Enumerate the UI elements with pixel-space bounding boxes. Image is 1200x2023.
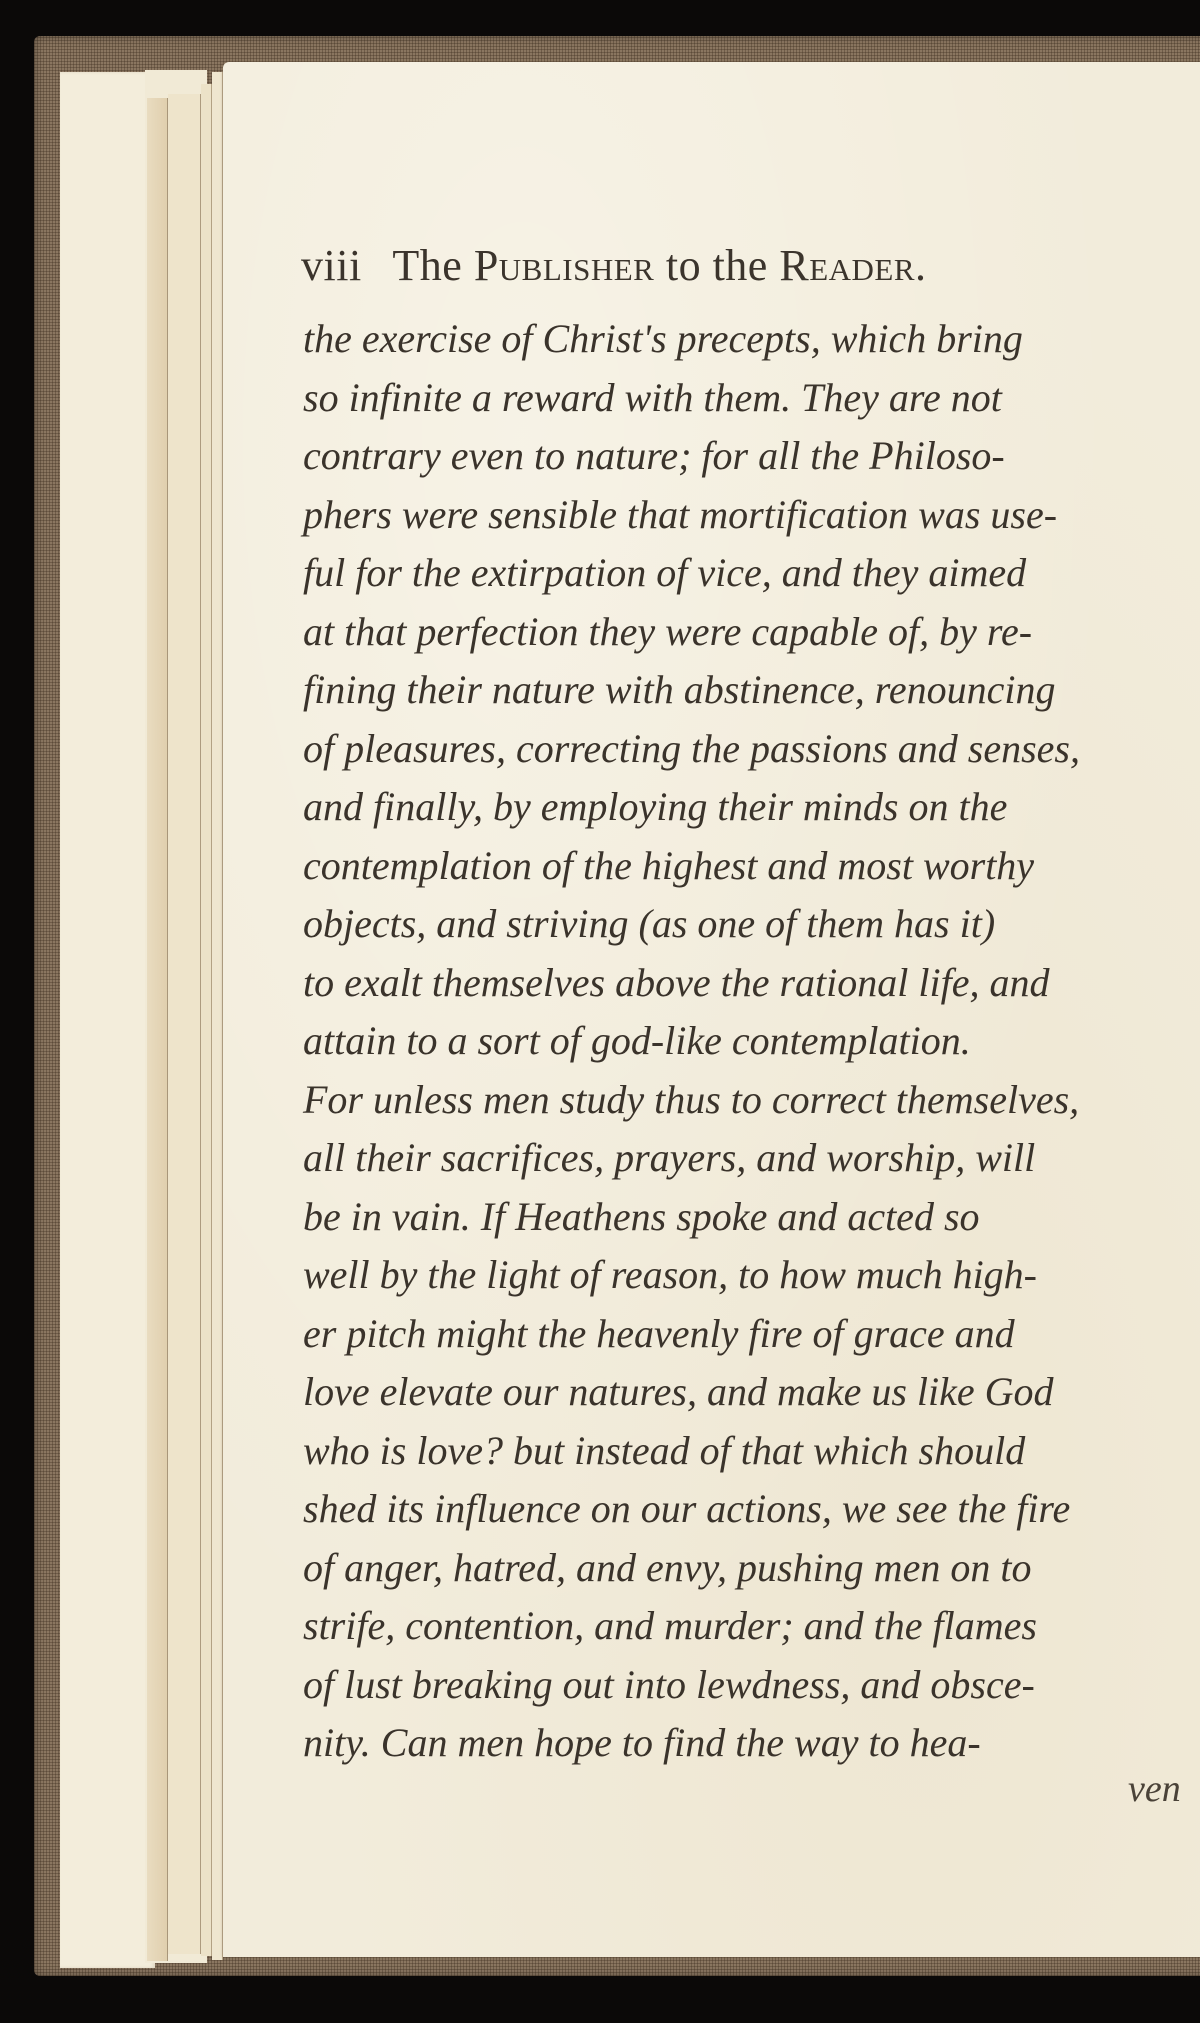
text-line: contemplation of the highest and most wo…	[303, 837, 1200, 896]
text-line: of lust breaking out into lewdness, and …	[303, 1656, 1200, 1715]
page-stack-edge	[201, 84, 212, 1956]
text-line: all their sacrifices, prayers, and worsh…	[303, 1129, 1200, 1188]
text-line: fining their nature with abstinence, ren…	[303, 661, 1200, 720]
text-line: For unless men study thus to correct the…	[303, 1071, 1200, 1130]
text-line: who is love? but instead of that which s…	[303, 1422, 1200, 1481]
text-line: and finally, by employing their minds on…	[303, 778, 1200, 837]
text-line: the exercise of Christ's precepts, which…	[303, 310, 1200, 369]
page-stack-edge	[147, 98, 168, 1961]
text-line: shed its influence on our actions, we se…	[303, 1480, 1200, 1539]
text-line: nity. Can men hope to find the way to he…	[303, 1714, 1200, 1773]
text-line: so infinite a reward with them. They are…	[303, 369, 1200, 428]
body-text: the exercise of Christ's precepts, which…	[303, 310, 1200, 1773]
running-head-publisher: Publisher	[474, 241, 655, 290]
running-head: viii The Publisher to the Reader.	[301, 240, 927, 291]
running-head-mid: to the	[666, 241, 768, 290]
text-line: er pitch might the heavenly fire of grac…	[303, 1305, 1200, 1364]
text-line: attain to a sort of god-like contemplati…	[303, 1012, 1200, 1071]
text-line: at that perfection they were capable of,…	[303, 603, 1200, 662]
text-line: objects, and striving (as one of them ha…	[303, 895, 1200, 954]
page-stack-edge	[212, 72, 223, 1960]
text-line: strife, contention, and murder; and the …	[303, 1597, 1200, 1656]
page-number: viii	[301, 241, 362, 290]
running-head-reader: Reader.	[779, 241, 926, 290]
text-line: phers were sensible that mortification w…	[303, 486, 1200, 545]
page-stack-edge	[168, 94, 201, 1954]
book-photograph: viii The Publisher to the Reader. the ex…	[0, 0, 1200, 2023]
flyleaf	[60, 72, 155, 1968]
text-line: well by the light of reason, to how much…	[303, 1246, 1200, 1305]
running-head-prefix: The	[392, 241, 462, 290]
text-line: to exalt themselves above the rational l…	[303, 954, 1200, 1013]
text-line: contrary even to nature; for all the Phi…	[303, 427, 1200, 486]
printed-page: viii The Publisher to the Reader. the ex…	[223, 62, 1200, 1957]
catchword: ven	[1128, 1767, 1181, 1811]
text-line: be in vain. If Heathens spoke and acted …	[303, 1188, 1200, 1247]
text-line: of anger, hatred, and envy, pushing men …	[303, 1539, 1200, 1598]
text-line: love elevate our natures, and make us li…	[303, 1363, 1200, 1422]
text-line: of pleasures, correcting the passions an…	[303, 720, 1200, 779]
text-line: ful for the extirpation of vice, and the…	[303, 544, 1200, 603]
